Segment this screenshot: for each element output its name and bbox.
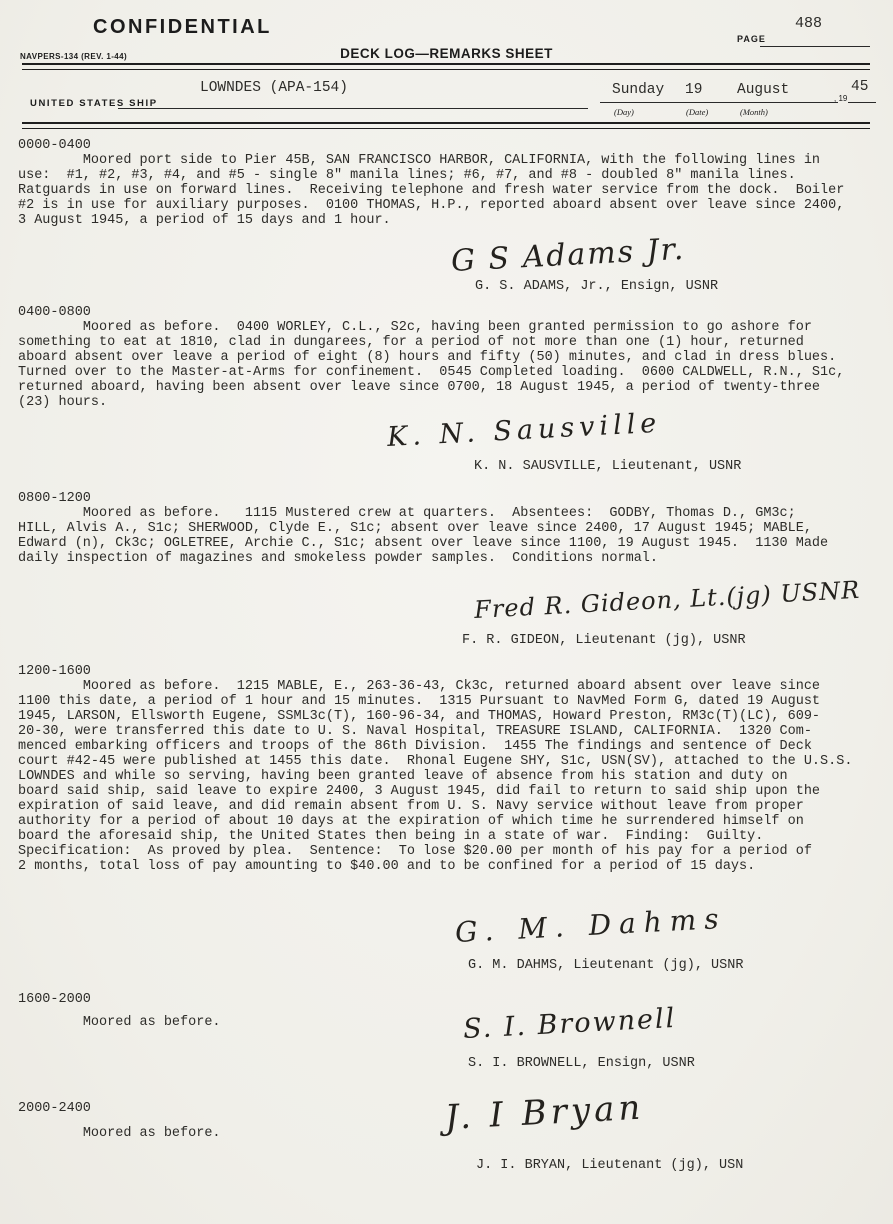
- year-line: [848, 102, 876, 103]
- deck-log-page: CONFIDENTIAL PAGE 488 NAVPERS-134 (REV. …: [0, 0, 893, 1224]
- page-label: PAGE: [737, 34, 766, 44]
- log-entry-0800-1200: 0800-1200 Moored as before. 1115 Mustere…: [18, 491, 874, 566]
- header-divider-top: [22, 63, 870, 70]
- log-entry-1200-1600: 1200-1600 Moored as before. 1215 MABLE, …: [18, 664, 874, 874]
- entry-period: 0400-0800: [18, 305, 874, 320]
- entry-period: 1600-2000: [18, 992, 874, 1007]
- log-entry-1600-2000: 1600-2000 Moored as before.: [18, 992, 874, 1030]
- classification-stamp: CONFIDENTIAL: [93, 16, 272, 39]
- date-day-value: Sunday: [612, 82, 664, 98]
- signature-handwriting: K. N. Sausville: [386, 408, 662, 453]
- form-title: DECK LOG—REMARKS SHEET: [0, 46, 893, 61]
- ship-name-line: [118, 108, 588, 109]
- signature-typed-name: J. I. BRYAN, Lieutenant (jg), USN: [476, 1158, 743, 1173]
- day-field-label: (Day): [614, 107, 634, 117]
- log-entry-0000-0400: 0000-0400 Moored port side to Pier 45B, …: [18, 138, 874, 228]
- entry-text: Moored as before. 1215 MABLE, E., 263-36…: [18, 679, 874, 874]
- signature-typed-name: S. I. BROWNELL, Ensign, USNR: [468, 1056, 695, 1071]
- header-divider-bottom: [22, 122, 870, 129]
- entry-period: 0000-0400: [18, 138, 874, 153]
- date-year-value: 45: [851, 79, 868, 95]
- entry-text: Moored as before. 0400 WORLEY, C.L., S2c…: [18, 320, 874, 410]
- entry-text: Moored as before.: [18, 1015, 874, 1030]
- signature-typed-name: F. R. GIDEON, Lieutenant (jg), USNR: [462, 633, 746, 648]
- year-prefix: , 19: [834, 94, 847, 103]
- signature-handwriting: Fred R. Gideon, Lt.(jg) USNR: [474, 576, 861, 624]
- entry-period: 0800-1200: [18, 491, 874, 506]
- page-number: 488: [795, 15, 822, 32]
- signature-typed-name: K. N. SAUSVILLE, Lieutenant, USNR: [474, 459, 741, 474]
- date-field-label: (Date): [686, 107, 708, 117]
- signature-handwriting: G S Adams Jr.: [450, 232, 686, 279]
- entry-text: Moored port side to Pier 45B, SAN FRANCI…: [18, 153, 874, 228]
- signature-typed-name: G. S. ADAMS, Jr., Ensign, USNR: [475, 279, 718, 294]
- entry-text: Moored as before. 1115 Mustered crew at …: [18, 506, 874, 566]
- entry-period: 1200-1600: [18, 664, 874, 679]
- signature-typed-name: G. M. DAHMS, Lieutenant (jg), USNR: [468, 958, 743, 973]
- signature-handwriting: G. M. Dahms: [454, 902, 727, 949]
- ship-name: LOWNDES (APA-154): [200, 80, 348, 96]
- date-line: [600, 102, 838, 103]
- date-month-value: August: [737, 82, 789, 98]
- log-entry-0400-0800: 0400-0800 Moored as before. 0400 WORLEY,…: [18, 305, 874, 410]
- date-date-value: 19: [685, 82, 702, 98]
- month-field-label: (Month): [740, 107, 768, 117]
